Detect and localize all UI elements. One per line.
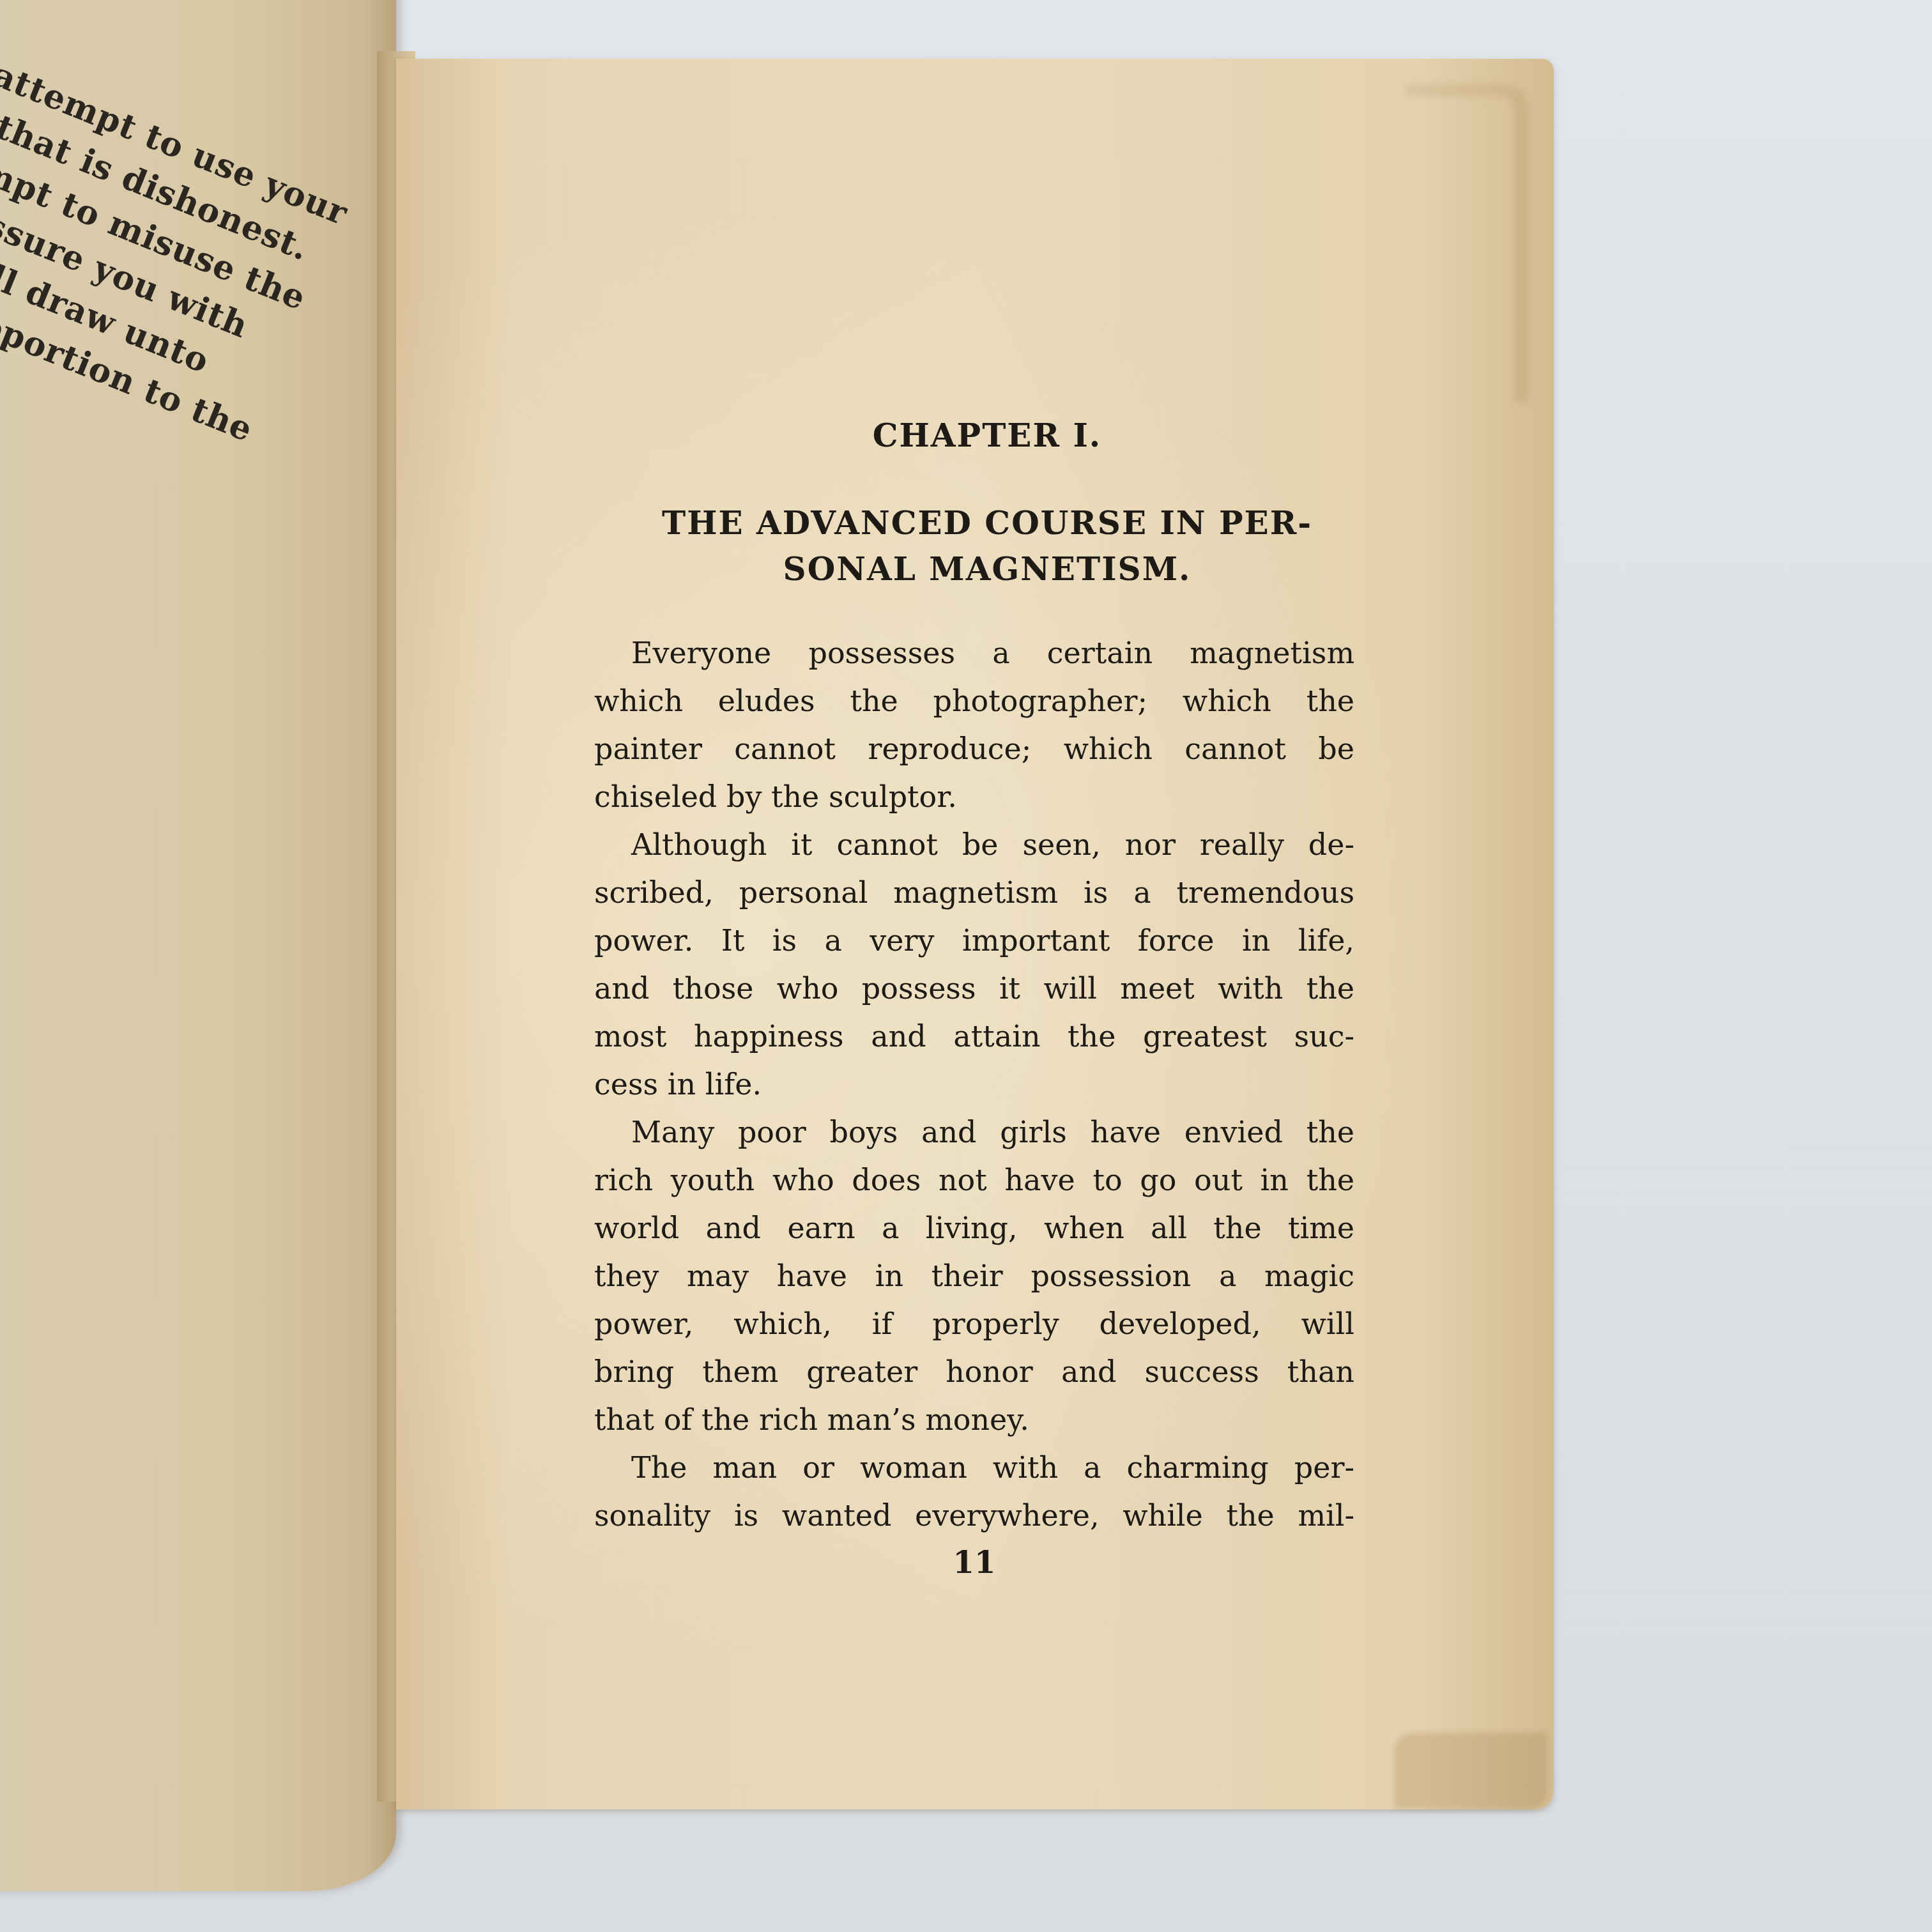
text-line: Everyone possesses a certain magnetism bbox=[594, 629, 1354, 677]
text-line: which eludes the photographer; which the bbox=[594, 677, 1354, 725]
right-page: CHAPTER I. THE ADVANCED COURSE IN PER- S… bbox=[396, 59, 1554, 1809]
water-stain bbox=[1406, 84, 1528, 402]
paragraph: Although it cannot be seen, nor really d… bbox=[594, 821, 1354, 1108]
paragraph: The man or woman with a charming per- so… bbox=[594, 1444, 1354, 1540]
text-line: chiseled by the sculptor. bbox=[594, 773, 1354, 821]
left-page-text: er attempt to use your ing that is disho… bbox=[0, 32, 287, 429]
text-line: cess in life. bbox=[594, 1061, 1354, 1108]
text-line: power, which, if properly developed, wil… bbox=[594, 1300, 1354, 1348]
text-line: world and earn a living, when all the ti… bbox=[594, 1204, 1354, 1252]
paragraph: Everyone possesses a certain magnetism w… bbox=[594, 629, 1354, 821]
text-line: rich youth who does not have to go out i… bbox=[594, 1156, 1354, 1204]
text-line: sonality is wanted everywhere, while the… bbox=[594, 1492, 1354, 1540]
text-line: and those who possess it will meet with … bbox=[594, 965, 1354, 1013]
text-line: power. It is a very important force in l… bbox=[594, 917, 1354, 965]
paragraph: Many poor boys and girls have envied the… bbox=[594, 1108, 1354, 1444]
text-line: bring them greater honor and success tha… bbox=[594, 1348, 1354, 1396]
text-line: The man or woman with a charming per- bbox=[594, 1444, 1354, 1492]
page-number: 11 bbox=[594, 1545, 1354, 1581]
text-line: scribed, personal magnetism is a tremend… bbox=[594, 869, 1354, 917]
text-line: Although it cannot be seen, nor really d… bbox=[594, 821, 1354, 869]
text-line: painter cannot reproduce; which cannot b… bbox=[594, 725, 1354, 773]
page-content: CHAPTER I. THE ADVANCED COURSE IN PER- S… bbox=[594, 417, 1354, 1581]
left-page: er attempt to use your ing that is disho… bbox=[0, 0, 396, 1891]
text-line: they may have in their possession a magi… bbox=[594, 1252, 1354, 1300]
chapter-title: THE ADVANCED COURSE IN PER- SONAL MAGNET… bbox=[620, 500, 1354, 592]
title-line: THE ADVANCED COURSE IN PER- bbox=[620, 500, 1354, 546]
chapter-heading: CHAPTER I. bbox=[620, 417, 1354, 454]
water-stain bbox=[1394, 1733, 1547, 1809]
title-line: SONAL MAGNETISM. bbox=[620, 546, 1354, 592]
text-line: most happiness and attain the greatest s… bbox=[594, 1013, 1354, 1061]
text-line: that of the rich man’s money. bbox=[594, 1396, 1354, 1444]
text-line: Many poor boys and girls have envied the bbox=[594, 1108, 1354, 1156]
